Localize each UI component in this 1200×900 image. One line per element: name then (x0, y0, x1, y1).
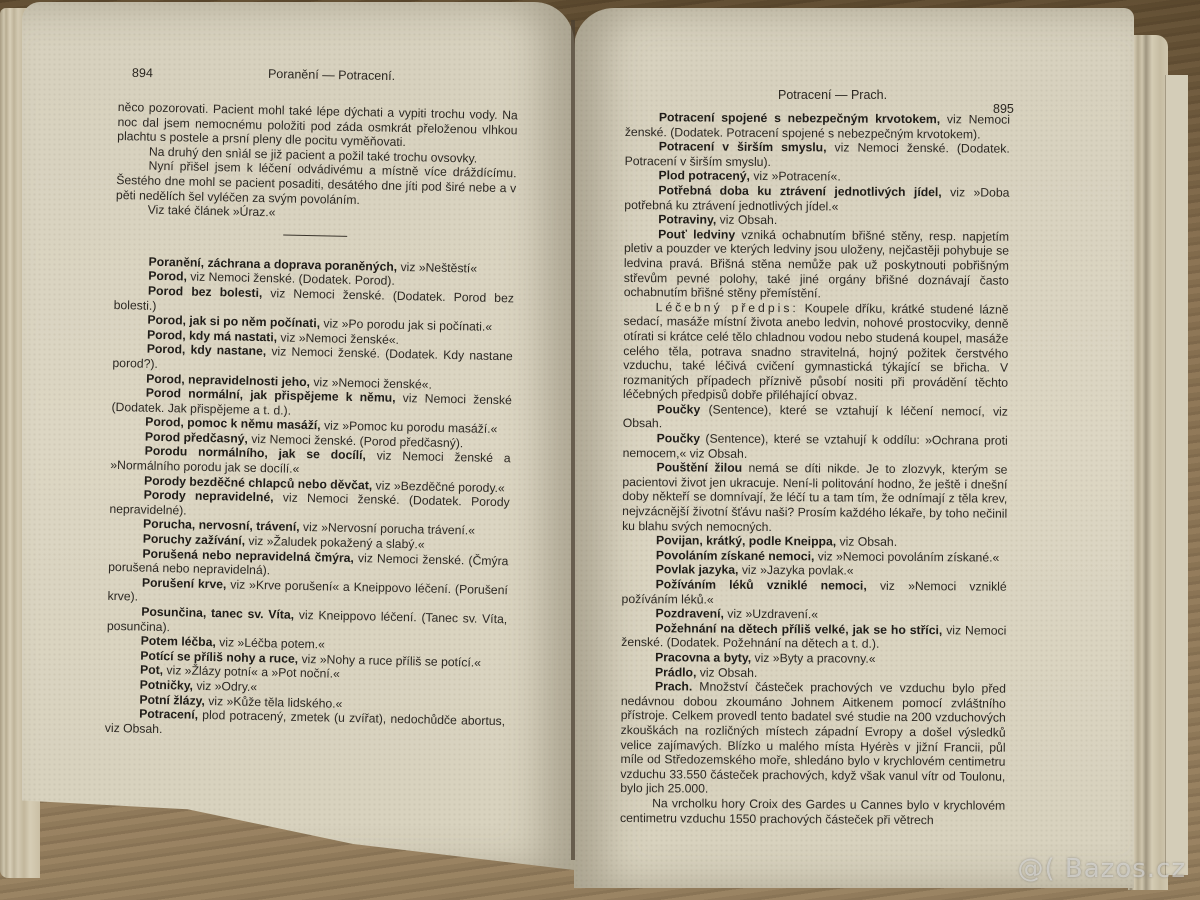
entry-term: Pozdravení, (655, 606, 724, 620)
treatment-text: Koupele dříku, krátké studené lázně seda… (623, 301, 1009, 403)
index-entry: Poučky (Sentence), které se vztahují k l… (623, 402, 1008, 434)
book-spine-gutter (571, 20, 575, 860)
entry-text: viz »Uzdravení.« (724, 607, 818, 622)
entry-term: Potraviny, (658, 212, 716, 226)
entry-term: Porod, (148, 269, 187, 284)
entry-text: viz »Odry.« (193, 679, 257, 694)
left-running-head: Poranění — Potracení. (268, 67, 395, 83)
index-entry-list: Potracení spojené s nebezpečným krvotoke… (624, 110, 1010, 302)
entry-term: Potem léčba, (141, 634, 216, 650)
entry-text: Množství částeček prachových ve vzduchu … (620, 680, 1006, 796)
entry-term: Pot, (140, 663, 163, 677)
index-entry: Pouštění žilou nemá se díti nikde. Je to… (622, 460, 1008, 536)
left-page-number: 894 (132, 66, 153, 80)
entry-term: Povoláním získané nemoci, (656, 548, 815, 563)
entry-text: viz Obsah. (716, 213, 777, 227)
index-entry: Potracení spojené s nebezpečným krvotoke… (625, 110, 1010, 142)
entry-term: Potřebná doba ku ztrávení jednotlivých j… (658, 183, 941, 199)
index-entry-list: Poranění, záchrana a doprava poraněných,… (105, 254, 515, 744)
entry-text: viz Obsah. (696, 665, 757, 679)
treatment-label: Léčebný předpis: (656, 300, 799, 315)
entry-term: Plod potracený, (658, 169, 750, 184)
entry-term: Poučky (657, 431, 700, 445)
entry-term: Poruchy zažívání, (143, 532, 246, 548)
entry-term: Potracení spojené s nebezpečným krvotoke… (659, 110, 940, 126)
entry-term: Porod, kdy nastane, (147, 342, 267, 358)
entry-text: viz »Neštěstí« (397, 260, 477, 276)
right-running-head: Potracení — Prach. (778, 88, 887, 102)
entry-term: Porušení krve, (142, 575, 227, 591)
entry-term: Pouť ledviny (658, 227, 735, 242)
entry-term: Pouštění žilou (656, 460, 742, 475)
section-divider (283, 234, 347, 236)
index-entry: Pouť ledviny vzniká ochabnutím břišné st… (624, 227, 1010, 303)
entry-text: viz »Jazyka povlak.« (738, 563, 853, 578)
treatment-paragraph: Léčebný předpis: Koupele dříku, krátké s… (623, 300, 1009, 405)
entry-term: Prach. (655, 679, 692, 693)
loose-torn-sheet (1165, 75, 1188, 875)
entry-term: Pracovna a byty, (655, 650, 751, 665)
entry-term: Potracení, (139, 707, 198, 722)
entry-term: Potní žlázy, (139, 692, 205, 707)
paragraph: Na vrcholku hory Croix des Gardes u Cann… (620, 796, 1005, 828)
watermark: @( Bazos.cz (1018, 854, 1187, 884)
index-entry-list: Poučky (Sentence), které se vztahují k l… (620, 402, 1008, 799)
entry-term: Porod bez bolesti, (148, 284, 263, 300)
entry-text: viz »Potracení«. (750, 169, 841, 184)
index-entry: Prach. Množství částeček prachových ve v… (620, 679, 1006, 798)
entry-term: Poučky (657, 402, 700, 416)
entry-term: Porod předčasný, (145, 430, 248, 446)
entry-term: Požehnání na dětech příliš velké, jak se… (655, 621, 942, 637)
entry-text: viz »Byty a pracovny.« (751, 651, 876, 666)
entry-text: viz Obsah. (836, 535, 897, 549)
index-entry: Požíváním léků vzniklé nemoci, viz »Nemo… (622, 577, 1007, 609)
right-page-body: Potracení spojené s nebezpečným krvotoke… (620, 110, 1010, 828)
entry-term: Požíváním léků vzniklé nemoci, (656, 577, 867, 592)
entry-text: viz »Nemoci povoláním získané.« (814, 549, 999, 564)
index-entry: Potracení v širším smyslu, viz Nemoci že… (625, 139, 1010, 171)
entry-term: Povijan, krátký, podle Kneippa, (656, 533, 836, 548)
entry-term: Potracení v širším smyslu, (659, 139, 827, 154)
index-entry: Potřebná doba ku ztrávení jednotlivých j… (624, 183, 1009, 215)
book-right-page-edges (1128, 35, 1168, 890)
entry-term: Povlak jazyka, (656, 563, 739, 578)
left-page-body: něco pozorovati. Pacient mohl také lépe … (105, 100, 518, 744)
entry-term: Prádlo, (655, 665, 696, 679)
index-entry: Požehnání na dětech příliš velké, jak se… (621, 621, 1006, 653)
entry-text: viz »Léčba potem.« (216, 635, 325, 651)
entry-term: Potničky, (140, 678, 194, 693)
index-entry: Poučky (Sentence), které se vztahují k o… (623, 431, 1008, 463)
